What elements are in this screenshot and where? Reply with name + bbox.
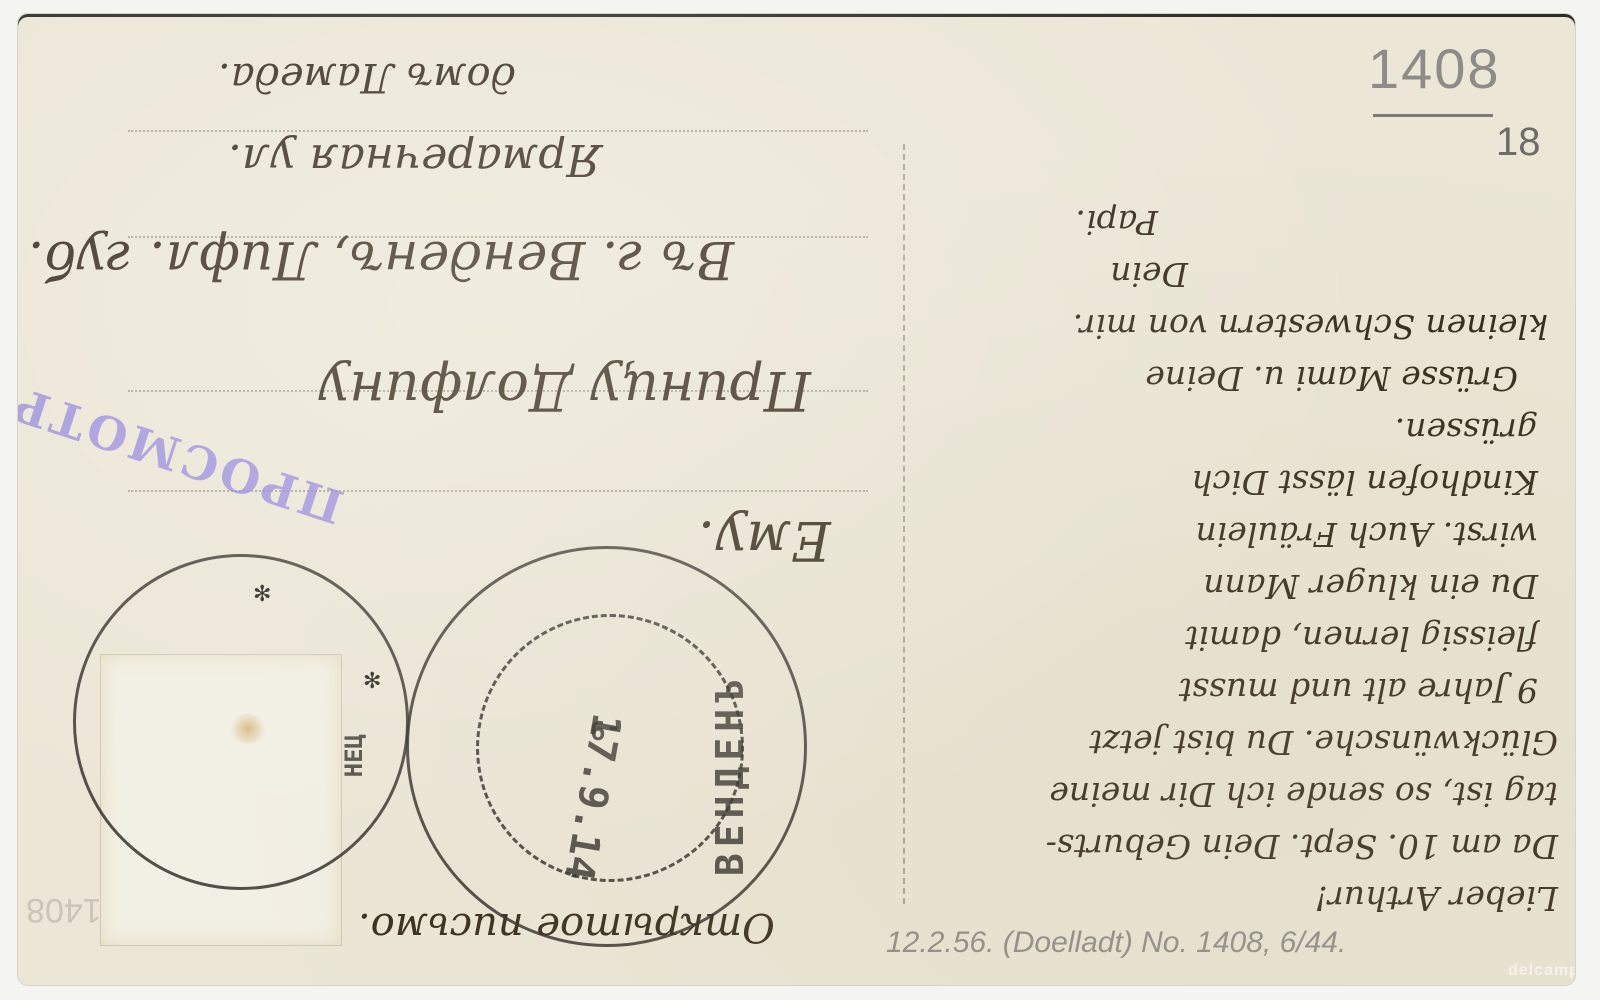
address-line-2: Принцу Долфину [318, 359, 811, 422]
postmark-right-inner-mark: -9 [590, 714, 621, 744]
message-line: Du ein kluger Mann [918, 560, 1558, 612]
postmark-right-town: ВЕНДЕНЪ [708, 674, 752, 876]
message-line: Lieber Arthur! [918, 872, 1558, 924]
postmark-star-icon: ✻ [363, 669, 381, 694]
postmark-left-town: НЕЦ [340, 734, 368, 777]
message-line: 9 Jahre alt und musst [918, 664, 1558, 716]
catalog-number: 1408 [1368, 36, 1501, 101]
address-line-rule [128, 130, 868, 132]
message-signature: Dein [918, 248, 1558, 300]
address-line-3: Въ г. Венденъ, Лифл. губ. [28, 229, 734, 289]
postcard: 1408 18 12.2.56. (Doelladt) No. 1408, 6/… [18, 14, 1575, 985]
catalog-underline [1373, 114, 1493, 117]
message-line: wirst. Auch Fräulein [918, 508, 1558, 560]
message-line: Kindhofen lässt Dich [918, 456, 1558, 508]
message-line: Glückwünsche. Du bist jetzt [918, 716, 1558, 768]
message-address-divider [903, 144, 905, 904]
pencil-archive-note: 12.2.56. (Doelladt) No. 1408, 6/44. [886, 926, 1346, 960]
address-line-4: Ярмаречная ул. [228, 134, 602, 185]
address-line-1: Ему. [698, 509, 831, 572]
watermark: delcampe [1508, 962, 1575, 980]
message-line: Da am 10. Sept. Dein Geburts- [918, 820, 1558, 872]
message-line: Grüsse Mami u. Deine [918, 352, 1558, 404]
message-line: tag ist, so sende ich Dir meine [918, 768, 1558, 820]
message-signature: Papi. [918, 196, 1558, 248]
card-type-caption: Открытое письмо. [358, 904, 775, 950]
message-line: grüssen. [918, 404, 1558, 456]
catalog-sub-number: 18 [1496, 120, 1541, 165]
postmark-star-icon: ✻ [253, 582, 271, 607]
pencil-corner-number: 1408 [26, 890, 102, 929]
postmark-left [73, 554, 409, 890]
message-line: fleissig lernen, damit [918, 612, 1558, 664]
address-line-5: домъ Ламеда. [218, 54, 516, 100]
message-line: kleinen Schwestern von mir. [918, 300, 1558, 352]
message-body: Lieber Arthur! Da am 10. Sept. Dein Gebu… [918, 164, 1558, 924]
censor-stamp: ПРОСМОТРѢНО [18, 334, 350, 534]
